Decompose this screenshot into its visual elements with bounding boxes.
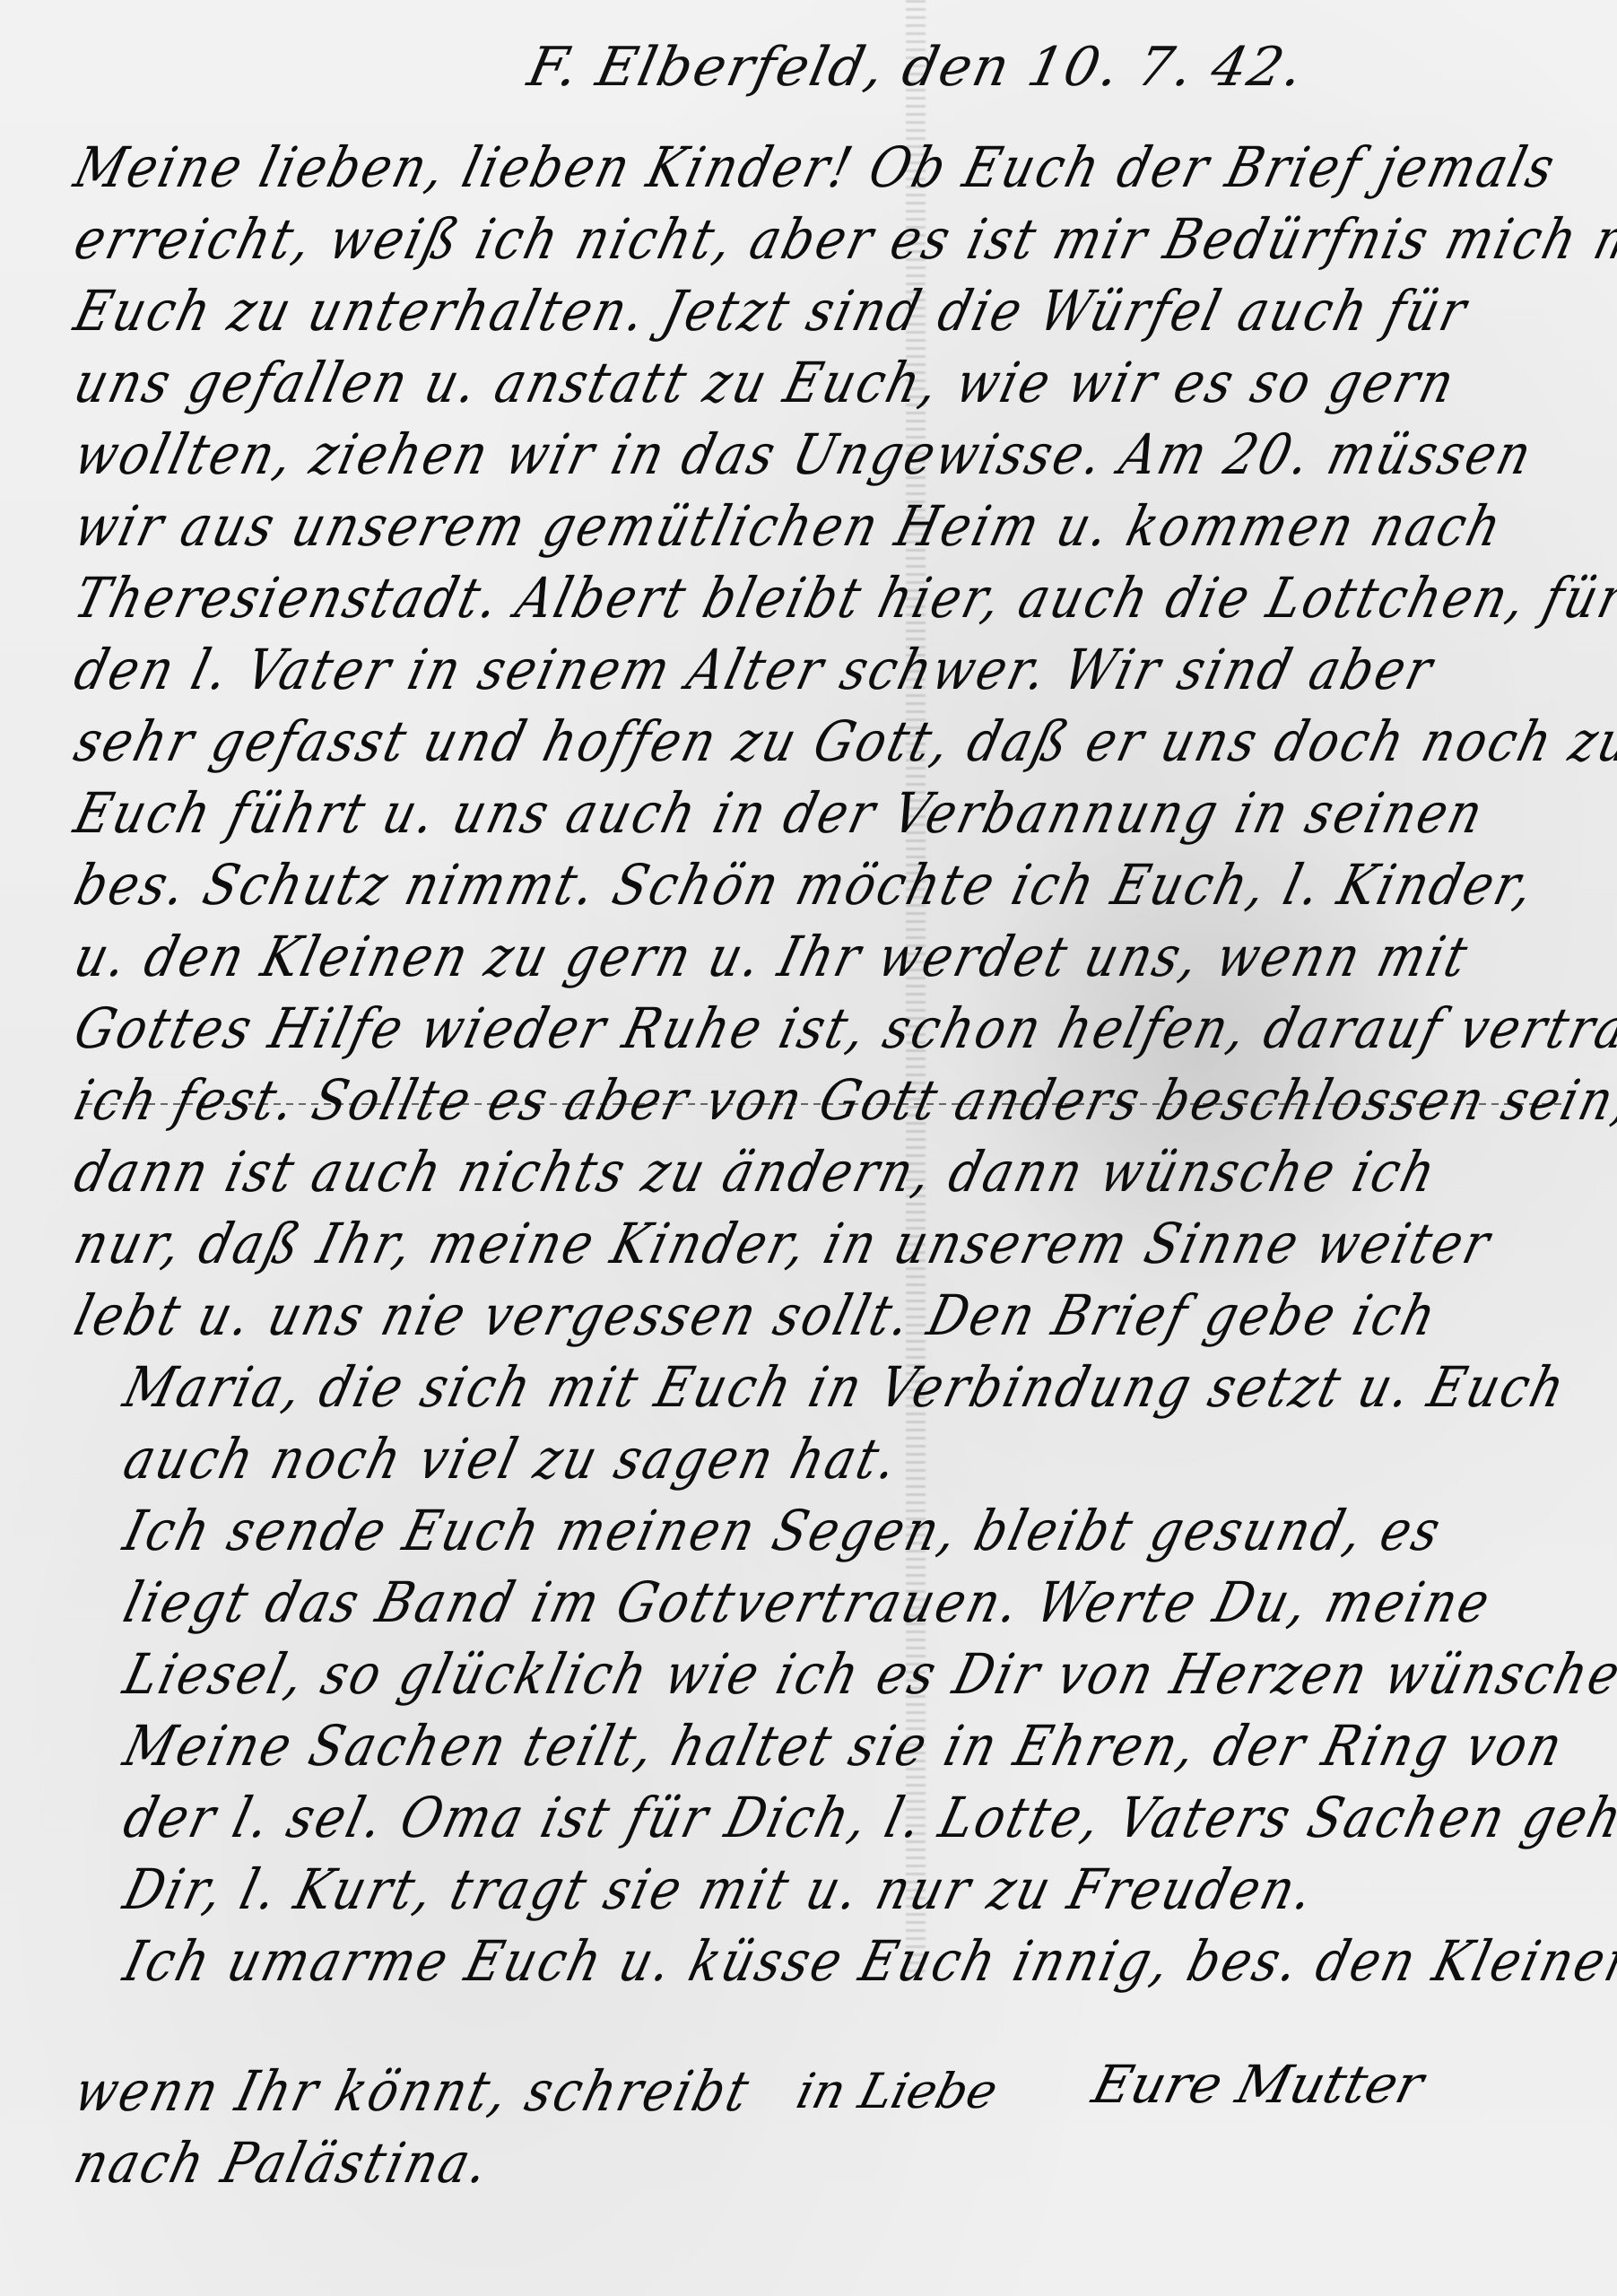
letter-line: Euch führt u. uns auch in der Verbannung… xyxy=(68,780,1491,845)
letter-line: Ich sende Euch meinen Segen, bleibt gesu… xyxy=(117,1498,1449,1562)
letter-line: den l. Vater in seinem Alter schwer. Wir… xyxy=(68,637,1441,701)
closing-phrase: in Liebe xyxy=(791,2063,1004,2119)
letter-line: uns gefallen u. anstatt zu Euch, wie wir… xyxy=(68,350,1463,414)
letter-line: bes. Schutz nimmt. Schön möchte ich Euch… xyxy=(68,852,1543,917)
signature: Eure Mutter xyxy=(1087,2054,1430,2115)
letter-line: Theresienstadt. Albert bleibt hier, auch… xyxy=(68,565,1617,630)
letter-line: wir aus unserem gemütlichen Heim u. komm… xyxy=(68,493,1510,558)
letter-line: Meine lieben, lieben Kinder! Ob Euch der… xyxy=(68,135,1563,199)
letter-line: wenn Ihr könnt, schreibt xyxy=(68,2058,758,2123)
letter-line: wollten, ziehen wir in das Ungewisse. Am… xyxy=(68,422,1540,486)
letter-line: Ich umarme Euch u. küsse Euch innig, bes… xyxy=(117,1928,1617,1993)
letter-line: der l. sel. Oma ist für Dich, l. Lotte, … xyxy=(117,1785,1617,1849)
letter-line: sehr gefasst und hoffen zu Gott, daß er … xyxy=(68,709,1617,773)
letter-line: Dir, l. Kurt, tragt sie mit u. nur zu Fr… xyxy=(117,1857,1322,1921)
letter-line: u. den Kleinen zu gern u. Ihr werdet uns… xyxy=(68,924,1476,988)
letter-line: liegt das Band im Gottvertrauen. Werte D… xyxy=(117,1570,1499,1634)
letter-line: Maria, die sich mit Euch in Verbindung s… xyxy=(117,1354,1574,1419)
letter-line: Liesel, so glücklich wie ich es Dir von … xyxy=(117,1641,1617,1706)
letter-line: Gottes Hilfe wieder Ruhe ist, schon helf… xyxy=(68,996,1617,1060)
letter-date-line: F. Elberfeld, den 10. 7. 42. xyxy=(523,36,1310,99)
letter-line: lebt u. uns nie vergessen sollt. Den Bri… xyxy=(68,1283,1445,1347)
letter-line: nur, daß Ihr, meine Kinder, in unserem S… xyxy=(68,1211,1499,1275)
letter-line: erreicht, weiß ich nicht, aber es ist mi… xyxy=(68,206,1617,271)
letter-line: dann ist auch nichts zu ändern, dann wün… xyxy=(68,1139,1444,1204)
letter-line: Euch zu unterhalten. Jetzt sind die Würf… xyxy=(68,278,1475,343)
letter-line: nach Palästina. xyxy=(68,2130,498,2195)
letter-line: ich fest. Sollte es aber von Gott anders… xyxy=(68,1067,1617,1132)
letter-page: F. Elberfeld, den 10. 7. 42. Meine liebe… xyxy=(0,0,1617,2296)
letter-line: auch noch viel zu sagen hat. xyxy=(117,1426,906,1491)
letter-line: Meine Sachen teilt, haltet sie in Ehren,… xyxy=(117,1713,1571,1778)
